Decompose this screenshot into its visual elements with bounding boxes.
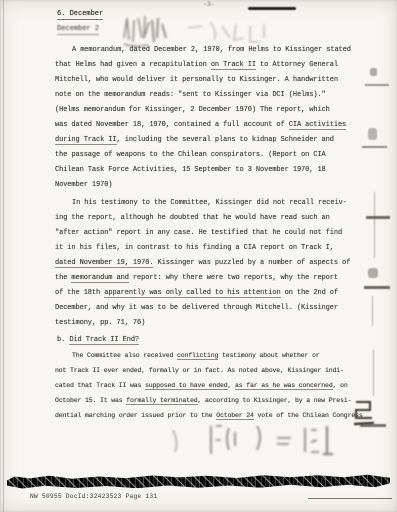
document-line: note on the memorandum reads: "sent to K… bbox=[55, 91, 326, 99]
margin-dash bbox=[362, 146, 387, 148]
top-page-number: -3- bbox=[203, 1, 215, 8]
document-line: that Helms had given a recapitulation on… bbox=[55, 61, 338, 69]
subsection-heading-december-2: December 2 bbox=[57, 25, 99, 35]
scanned-document-page: -3- 6. December December 2 bbox=[0, 0, 397, 512]
stamp-artifact-top bbox=[118, 8, 278, 50]
document-line: b. Did Track II End? bbox=[57, 336, 139, 344]
document-line: ing the report, although he doubted that… bbox=[55, 214, 330, 222]
margin-dash bbox=[365, 84, 389, 86]
document-line: November 1970) bbox=[55, 181, 112, 189]
margin-scribble bbox=[368, 268, 378, 278]
document-line: of the 18th apparently was only called t… bbox=[55, 289, 338, 297]
margin-scribble bbox=[368, 128, 377, 140]
margin-dash bbox=[364, 286, 390, 289]
document-line: during Track II, including the several p… bbox=[55, 136, 334, 144]
document-line: "after action" report in any case. He te… bbox=[55, 229, 342, 237]
document-line: dated November 19, 1970. Kissinger was p… bbox=[55, 259, 350, 267]
footer-reference: NW 50955 DocId:32423523 Page 131 bbox=[30, 493, 157, 500]
margin-dash bbox=[360, 424, 386, 427]
margin-vertical-line bbox=[372, 296, 373, 326]
document-line: Mitchell, who would deliver it personall… bbox=[55, 76, 338, 84]
stamp-artifact-bottom bbox=[165, 420, 345, 462]
document-line: the passage of weapons to the Chilean co… bbox=[55, 151, 326, 159]
document-line: In his testimony to the Committee, Kissi… bbox=[72, 199, 347, 207]
margin-dash bbox=[366, 216, 390, 219]
document-line: Chilean Task Force Activities, 15 Septem… bbox=[55, 166, 326, 174]
document-line: October 15. It was formally terminated, … bbox=[55, 397, 351, 404]
section-heading-december: 6. December bbox=[57, 10, 103, 20]
document-line: December, and why it was to be delivered… bbox=[55, 304, 338, 312]
scan-artifact-band bbox=[7, 474, 390, 489]
document-line: dential marching order issued prior to t… bbox=[55, 412, 363, 419]
document-line: A memorandum, dated December 2, 1970, fr… bbox=[72, 46, 351, 54]
margin-vertical-line bbox=[373, 350, 374, 396]
document-line: cated that Track II was supposed to have… bbox=[55, 382, 348, 389]
scan-smudge-dash bbox=[248, 7, 296, 10]
document-line: (Helms memorandum for Kissinger, 2 Decem… bbox=[55, 106, 330, 114]
document-line: testimony, pp. 71, 76) bbox=[55, 319, 145, 327]
document-line: was dated November 18, 1970, contained a… bbox=[55, 121, 346, 129]
footer-underline bbox=[308, 498, 392, 499]
document-line: The Committee also received conflicting … bbox=[72, 352, 320, 359]
document-line: it in his files, in contrast to his find… bbox=[55, 244, 334, 252]
margin-vertical-line bbox=[374, 192, 375, 258]
document-line: not Track II ever ended, formally or in … bbox=[55, 367, 344, 374]
document-line: the memorandum and report: why there wer… bbox=[55, 274, 338, 282]
margin-scribble bbox=[370, 68, 377, 76]
